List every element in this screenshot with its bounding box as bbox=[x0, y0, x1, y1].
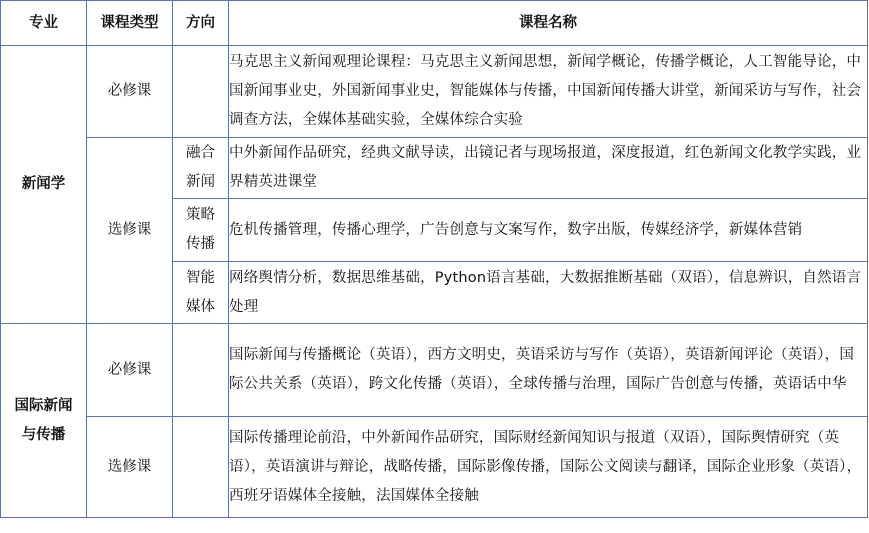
direction-cell bbox=[173, 46, 229, 138]
table-row: 国际新闻 与传播 必修课 国际新闻与传播概论（英语），西方文明史，英语采访与写作… bbox=[1, 324, 868, 417]
curriculum-table: 专业 课程类型 方向 课程名称 新闻学 必修课 马克思主义新闻观理论课程：马克思… bbox=[0, 0, 868, 518]
courses-cell: 网络舆情分析，数据思维基础，Python语言基础，大数据推断基础（双语），信息辨… bbox=[229, 262, 868, 324]
direction-line: 智能 bbox=[186, 270, 215, 286]
direction-line: 媒体 bbox=[186, 299, 215, 315]
course-type-cell: 必修课 bbox=[87, 46, 173, 138]
direction-cell-fusion: 融合 新闻 bbox=[173, 138, 229, 199]
header-course-names: 课程名称 bbox=[229, 1, 868, 46]
direction-line: 融合 bbox=[186, 145, 215, 161]
course-type-cell: 选修课 bbox=[87, 417, 173, 518]
courses-cell: 中外新闻作品研究，经典文献导读，出镜记者与现场报道，深度报道，红色新闻文化教学实… bbox=[229, 138, 868, 199]
major-line: 国际新闻 bbox=[15, 398, 73, 414]
courses-cell: 马克思主义新闻观理论课程：马克思主义新闻思想，新闻学概论，传播学概论，人工智能导… bbox=[229, 46, 868, 138]
direction-cell-smart-media: 智能 媒体 bbox=[173, 262, 229, 324]
direction-cell-strategy: 策略 传播 bbox=[173, 199, 229, 262]
direction-line: 策略 bbox=[186, 207, 215, 223]
table-row: 新闻学 必修课 马克思主义新闻观理论课程：马克思主义新闻思想，新闻学概论，传播学… bbox=[1, 46, 868, 138]
major-cell-international: 国际新闻 与传播 bbox=[1, 324, 87, 518]
table-row: 选修课 融合 新闻 中外新闻作品研究，经典文献导读，出镜记者与现场报道，深度报道… bbox=[1, 138, 868, 199]
header-major: 专业 bbox=[1, 1, 87, 46]
table-row: 选修课 国际传播理论前沿，中外新闻作品研究，国际财经新闻知识与报道（双语），国际… bbox=[1, 417, 868, 518]
header-row: 专业 课程类型 方向 课程名称 bbox=[1, 1, 868, 46]
major-line: 与传播 bbox=[22, 427, 66, 443]
major-cell-journalism: 新闻学 bbox=[1, 46, 87, 324]
course-type-cell: 必修课 bbox=[87, 324, 173, 417]
course-type-cell-elective: 选修课 bbox=[87, 138, 173, 324]
direction-line: 传播 bbox=[186, 236, 215, 252]
courses-cell: 危机传播管理，传播心理学，广告创意与文案写作，数字出版，传媒经济学，新媒体营销 bbox=[229, 199, 868, 262]
courses-cell: 国际传播理论前沿，中外新闻作品研究，国际财经新闻知识与报道（双语），国际舆情研究… bbox=[229, 417, 868, 518]
header-course-type: 课程类型 bbox=[87, 1, 173, 46]
direction-line: 新闻 bbox=[186, 174, 215, 190]
header-direction: 方向 bbox=[173, 1, 229, 46]
courses-cell: 国际新闻与传播概论（英语），西方文明史，英语采访与写作（英语），英语新闻评论（英… bbox=[229, 324, 868, 417]
direction-cell bbox=[173, 324, 229, 417]
direction-cell bbox=[173, 417, 229, 518]
